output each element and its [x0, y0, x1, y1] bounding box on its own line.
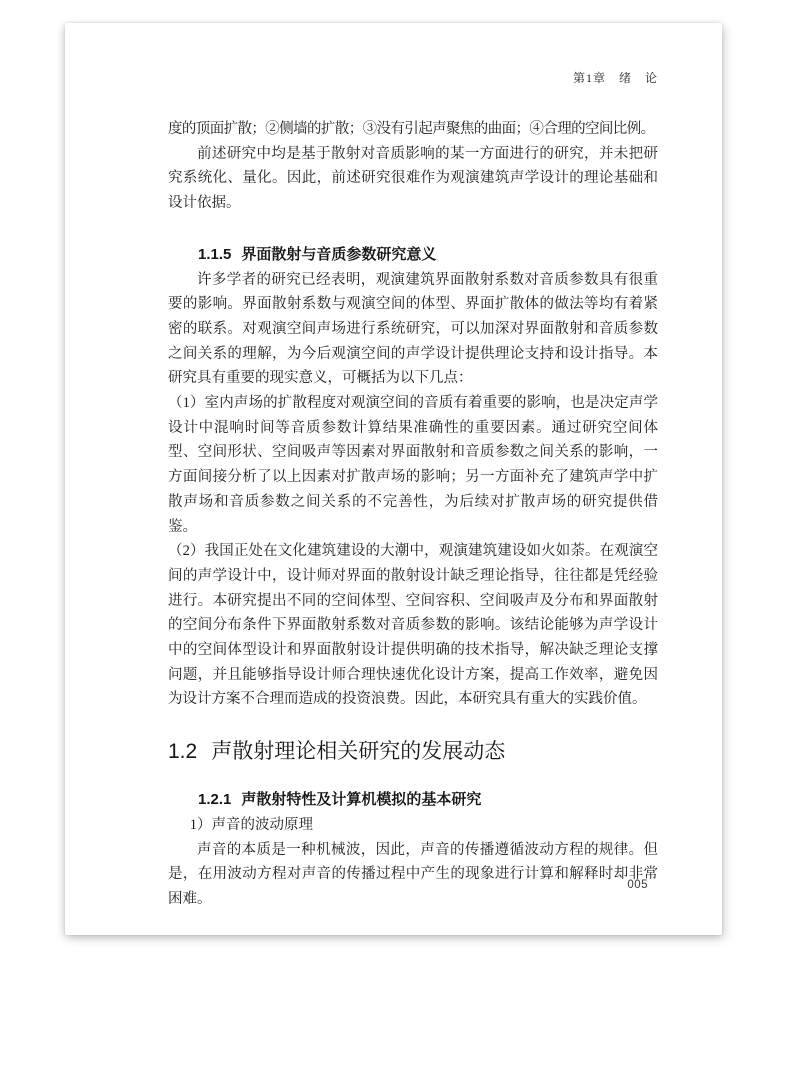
section-heading-1-2-1: 1.2.1声散射特性及计算机模拟的基本研究: [168, 788, 658, 813]
paragraph-wave-nature: 声音的本质是一种机械波，因此，声音的传播遵循波动方程的规律。但是，在用波动方程对…: [168, 838, 658, 912]
section-number: 1.1.5: [198, 246, 231, 263]
section-number: 1.2: [168, 740, 197, 763]
book-page: 第1章 绪 论 度的顶面扩散；②侧墙的扩散；③没有引起声聚焦的曲面；④合理的空间…: [65, 23, 722, 935]
paragraph-summary: 前述研究中均是基于散射对音质影响的某一方面进行的研究，并未把研究系统化、量化。因…: [168, 142, 658, 216]
section-heading-1-1-5: 1.1.5界面散射与音质参数研究意义: [168, 243, 658, 268]
section-title: 声散射理论相关研究的发展动态: [211, 740, 505, 763]
list-item-wave-principle: 1）声音的波动原理: [168, 813, 658, 838]
paragraph-significance: 许多学者的研究已经表明，观演建筑界面散射系数对音质参数具有很重要的影响。界面散射…: [168, 268, 658, 392]
section-number: 1.2.1: [198, 791, 231, 808]
page-content: 度的顶面扩散；②侧墙的扩散；③没有引起声聚焦的曲面；④合理的空间比例。 前述研究…: [168, 117, 658, 912]
paragraph-point-2: （2）我国正处在文化建筑建设的大潮中，观演建筑建设如火如荼。在观演空间的声学设计…: [168, 539, 658, 712]
section-heading-1-2: 1.2声散射理论相关研究的发展动态: [168, 737, 658, 767]
paragraph-continuation: 度的顶面扩散；②侧墙的扩散；③没有引起声聚焦的曲面；④合理的空间比例。: [168, 117, 658, 142]
section-title: 声散射特性及计算机模拟的基本研究: [241, 791, 481, 808]
section-title: 界面散射与音质参数研究意义: [241, 246, 436, 263]
page-number: 005: [627, 879, 648, 891]
running-head: 第1章 绪 论: [573, 69, 658, 86]
canvas: { "page": { "running_head": "第1章 绪 论", "…: [0, 0, 790, 1091]
paragraph-point-1: （1）室内声场的扩散程度对观演空间的音质有着重要的影响，也是决定声学设计中混响时…: [168, 391, 658, 539]
